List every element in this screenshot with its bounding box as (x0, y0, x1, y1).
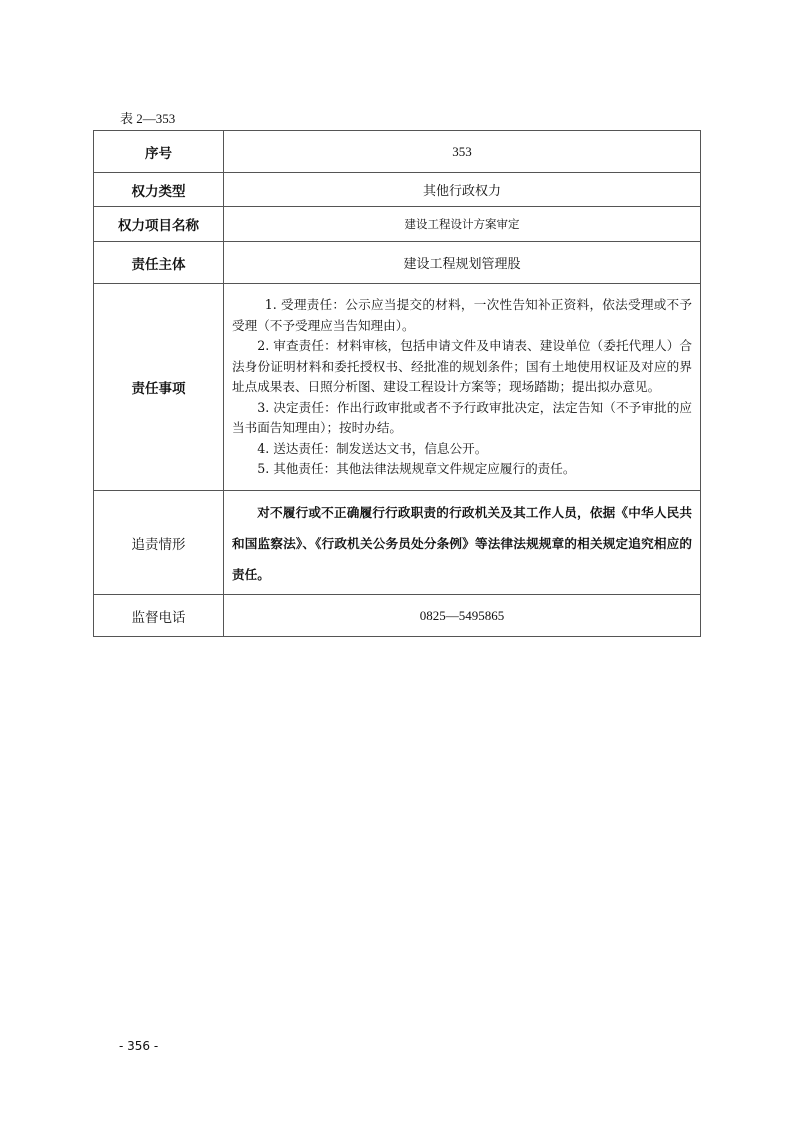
label-responsible-entity: 责任主体 (94, 242, 224, 284)
table-row-accountability: 追责情形 对不履行或不正确履行行政职责的行政机关及其工作人员，依据《中华人民共和… (94, 491, 701, 595)
label-item-name: 权力项目名称 (94, 207, 224, 242)
label-serial: 序号 (94, 131, 224, 173)
label-supervision-phone: 监督电话 (94, 595, 224, 637)
label-power-type: 权力类型 (94, 173, 224, 207)
value-supervision-phone: 0825—5495865 (224, 595, 701, 637)
responsibility-table: 序号 353 权力类型 其他行政权力 权力项目名称 建设工程设计方案审定 责任主… (93, 130, 701, 637)
label-accountability: 追责情形 (94, 491, 224, 595)
value-item-name: 建设工程设计方案审定 (224, 207, 701, 242)
value-accountability: 对不履行或不正确履行行政职责的行政机关及其工作人员，依据《中华人民共和国监察法》… (224, 491, 701, 595)
value-power-type: 其他行政权力 (224, 173, 701, 207)
table-row-item-name: 权力项目名称 建设工程设计方案审定 (94, 207, 701, 242)
duty-item: 4. 送达责任：制发送达文书，信息公开。 (232, 439, 692, 460)
table-row-serial: 序号 353 (94, 131, 701, 173)
value-serial: 353 (224, 131, 701, 173)
duty-item: 3. 决定责任：作出行政审批或者不予行政审批决定，法定告知（不予审批的应当书面告… (232, 398, 692, 439)
value-duties: 1. 受理责任：公示应当提交的材料，一次性告知补正资料，依法受理或不予受理（不予… (224, 284, 701, 491)
label-duties: 责任事项 (94, 284, 224, 491)
table-row-responsible-entity: 责任主体 建设工程规划管理股 (94, 242, 701, 284)
value-responsible-entity: 建设工程规划管理股 (224, 242, 701, 284)
duty-item: 2. 审查责任：材料审核，包括申请文件及申请表、建设单位（委托代理人）合法身份证… (232, 336, 692, 398)
duty-item: 5. 其他责任：其他法律法规规章文件规定应履行的责任。 (232, 459, 692, 480)
page-number: - 356 - (119, 1039, 158, 1053)
table-row-supervision-phone: 监督电话 0825—5495865 (94, 595, 701, 637)
table-caption: 表 2—353 (120, 108, 175, 127)
accountability-text: 对不履行或不正确履行行政职责的行政机关及其工作人员，依据《中华人民共和国监察法》… (232, 497, 692, 590)
duty-item: 1. 受理责任：公示应当提交的材料，一次性告知补正资料，依法受理或不予受理（不予… (232, 295, 692, 336)
table-row-duties: 责任事项 1. 受理责任：公示应当提交的材料，一次性告知补正资料，依法受理或不予… (94, 284, 701, 491)
table-row-power-type: 权力类型 其他行政权力 (94, 173, 701, 207)
